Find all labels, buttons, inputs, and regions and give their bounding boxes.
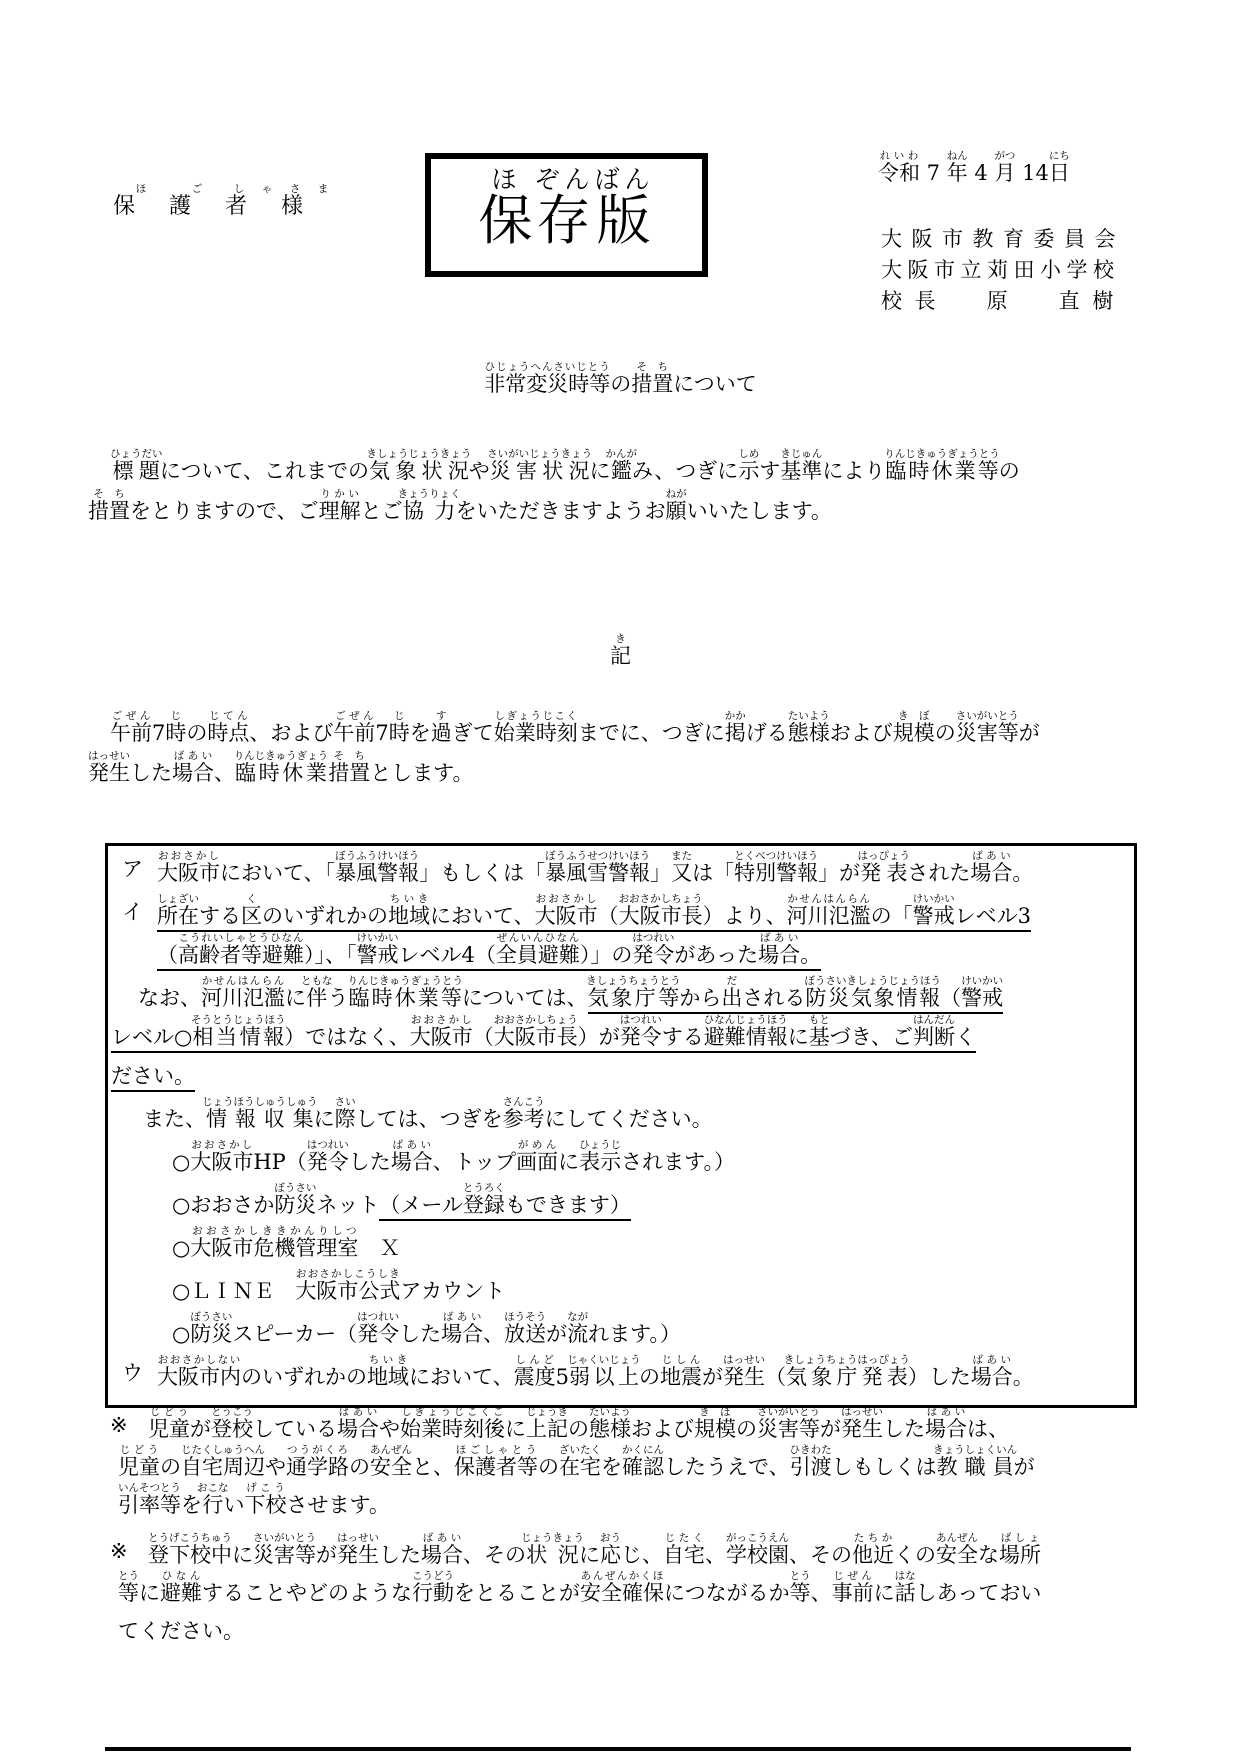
note-1-text: 児童じどうが登校とうこうしている場合ばあいや始業時刻後しぎょうじこくごに上記じょ… [118, 1417, 1035, 1517]
note-1: ※ 児童じどうが登校とうこうしている場合ばあいや始業時刻後しぎょうじこくごに上記… [118, 1406, 1153, 1524]
item-u-label: ウ [122, 1354, 143, 1393]
info-source-item-line: ○ＬＩＮＥ 大阪市公式おおさかしこうしきアカウント [172, 1268, 1131, 1311]
item-i-text: 所在しょざいする区くのいずれかの地域ちいきにおいて、大阪市おおさかし（大阪市長お… [157, 904, 1031, 971]
nao-paragraph: なお、河川氾濫かせんはんらんに伴ともなう臨時休業等りんじきゅうぎょうとうについて… [111, 975, 1131, 1096]
info-source-item-city-hp: ○大阪市おおさかしHP（発令はつれいした場合ばあい、トップ画面がめんに表示ひょう… [172, 1139, 1131, 1182]
preservation-stamp: 保ほ存版ぞんばん [425, 153, 708, 277]
item-i-label: イ [122, 893, 143, 932]
criteria-item-a: ア 大阪市おおさかしにおいて、「暴風警報ぼうふうけいほう」もしくは「暴風雪警報ぼ… [111, 850, 1131, 893]
issuer-school: 大阪市立苅田小学校 [881, 255, 1125, 286]
criteria-item-u: ウ 大阪市内おおさかしないのいずれかの地域ちいきにおいて、震度しんど5弱以上じゃ… [111, 1354, 1131, 1397]
note-1-marker: ※ [110, 1406, 128, 1444]
info-source-item-kiki-kanri-x: ○大阪市危機管理室おおさかしききかんりしつ Ｘ [172, 1225, 1131, 1268]
note-2: ※ 登下校中とうげこうちゅうに災害等さいがいとうが発生はっせいした場合ばあい、そ… [118, 1532, 1153, 1650]
issuer-block: 大阪市教育委員会 大阪市立苅田小学校 校 長 原 直 樹 [881, 224, 1125, 317]
document-page: 保ほ護ご者しゃ様さま 保ほ存版ぞんばん 令和れいわ 7 年ねん 4 月がつ 14… [0, 0, 1241, 1755]
issue-date: 令和れいわ 7 年ねん 4 月がつ 14日にち [878, 150, 1070, 194]
item-a-label: ア [122, 850, 143, 889]
info-source-item-bousai-net: ○おおさか防災ぼうさいネット（メール登録とうろくもできます） [172, 1182, 1131, 1225]
note-2-marker: ※ [110, 1532, 128, 1570]
criteria-item-i: イ 所在しょざいする区くのいずれかの地域ちいきにおいて、大阪市おおさかし（大阪市… [111, 893, 1131, 975]
criteria-box: ア 大阪市おおさかしにおいて、「暴風警報ぼうふうけいほう」もしくは「暴風雪警報ぼ… [105, 843, 1137, 1408]
document-title: 非常変災時等ひじょうへんさいじとうの措置そちについて [0, 361, 1241, 407]
notes-section: ※ 児童じどうが登校とうこうしている場合ばあいや始業時刻後しぎょうじこくごに上記… [118, 1406, 1153, 1650]
note-2-text: 登下校中とうげこうちゅうに災害等さいがいとうが発生はっせいした場合ばあい、その状… [118, 1543, 1041, 1643]
intro-paragraph: 標題ひょうだいについて、これまでの気象状況きしょうじょうきょうや災害状況さいがい… [88, 448, 1152, 531]
info-source-item-speaker: ○防災ぼうさいスピーカー（発令はつれいした場合ばあい、放送ほうそうが流ながれます… [172, 1311, 1131, 1354]
lead-paragraph: 午前ごぜん7時じの時点じてん、および午前ごぜん7時じを過すぎて始業時刻しぎょうじ… [88, 710, 1152, 793]
issuer-principal: 校 長 原 直 樹 [881, 286, 1125, 317]
bottom-rule [105, 1747, 1131, 1751]
item-u-text: 大阪市内おおさかしないのいずれかの地域ちいきにおいて、震度しんど5弱以上じゃくい… [157, 1365, 1034, 1389]
item-a-text: 大阪市おおさかしにおいて、「暴風警報ぼうふうけいほう」もしくは「暴風雪警報ぼうふ… [157, 861, 1033, 885]
stamp-text: 保ほ存版ぞんばん [478, 166, 654, 264]
ki-heading: 記き [0, 633, 1241, 679]
mata-paragraph: また、情報収集じょうほうしゅうしゅうに際さいしては、つぎを参考さんこうにしてくだ… [143, 1096, 1131, 1139]
issuer-organization: 大阪市教育委員会 [881, 224, 1125, 255]
recipient-line: 保ほ護ご者しゃ様さま [113, 183, 337, 228]
